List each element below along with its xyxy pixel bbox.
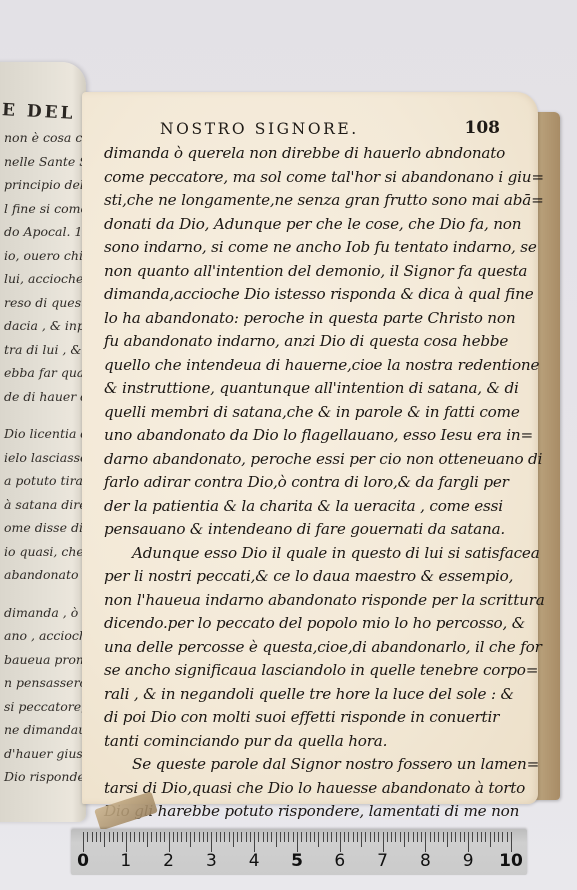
ruler-label: 8 xyxy=(420,851,431,871)
ruler-tick xyxy=(203,832,204,842)
ruler-tick xyxy=(177,832,178,842)
left-text-line: Dio rispondendo al xyxy=(4,765,86,789)
ruler-label: 4 xyxy=(249,851,260,871)
text-line: pensauano & intendeano di fare gouernati… xyxy=(104,518,524,542)
ruler-tick xyxy=(430,832,431,842)
left-text-line: a potuto tirar Iesu al xyxy=(4,469,86,493)
left-text-line: tra di lui , & gli buom xyxy=(4,338,86,362)
ruler-tick xyxy=(100,832,101,842)
ruler-tick xyxy=(288,832,289,842)
left-text-line: ome disse di Iob al cap xyxy=(4,516,86,540)
text-line: rali , & in negandoli quelle tre hore la… xyxy=(104,683,524,707)
ruler-tick xyxy=(425,832,426,852)
ruler-tick xyxy=(502,832,503,842)
ruler-label: 0 xyxy=(77,851,89,871)
ruler-tick xyxy=(109,832,110,842)
ruler-tick xyxy=(186,832,187,842)
ruler-tick xyxy=(224,832,225,842)
ruler-tick xyxy=(447,832,448,847)
ruler-tick xyxy=(130,832,131,842)
left-text-line: ebba far quando l'huom xyxy=(4,361,86,385)
ruler-tick xyxy=(306,832,307,842)
text-line: di poi Dio con molti suoi effetti rispon… xyxy=(104,706,524,730)
left-text-line: de di hauer dato cosi à xyxy=(4,385,86,409)
ruler-tick xyxy=(485,832,486,842)
left-text-line: non è cosa che li uergo xyxy=(4,126,86,150)
ruler-tick xyxy=(246,832,247,842)
ruler-tick xyxy=(468,832,469,852)
ruler-tick xyxy=(139,832,140,842)
ruler-tick xyxy=(207,832,208,842)
ruler-tick xyxy=(494,832,495,842)
ruler-label: 1 xyxy=(120,851,131,871)
page-header: NOSTRO SIGNORE. 108 xyxy=(160,120,500,142)
ruler-tick xyxy=(143,832,144,842)
ruler-tick xyxy=(96,832,97,842)
ruler-tick xyxy=(233,832,234,847)
body-text: dimanda ò querela non direbbe di hauerlo… xyxy=(104,142,524,824)
ruler-tick xyxy=(151,832,152,842)
ruler-tick xyxy=(147,832,148,847)
text-line: darno abandonato, peroche essi per cio n… xyxy=(104,448,524,472)
text-line: dimanda ò querela non direbbe di hauerlo… xyxy=(104,142,524,166)
paragraph-gap xyxy=(4,408,86,422)
ruler-tick xyxy=(318,832,319,847)
ruler-label: 2 xyxy=(163,851,174,871)
ruler-tick xyxy=(323,832,324,842)
ruler-tick xyxy=(220,832,221,842)
ruler-tick xyxy=(417,832,418,842)
ruler-tick xyxy=(263,832,264,842)
ruler-label: 3 xyxy=(206,851,217,871)
ruler-tick xyxy=(117,832,118,842)
ruler-tick xyxy=(331,832,332,842)
ruler-tick xyxy=(348,832,349,842)
ruler-tick xyxy=(169,832,170,852)
ruler-tick xyxy=(374,832,375,842)
text-line: non quanto all'intention del demonio, il… xyxy=(104,260,524,284)
left-text-line: ano , acciochè uedendo xyxy=(4,624,86,648)
ruler-tick xyxy=(395,832,396,842)
ruler-tick xyxy=(490,832,491,847)
ruler-tick xyxy=(336,832,337,842)
ruler-tick xyxy=(181,832,182,842)
ruler-tick xyxy=(126,832,127,852)
text-line: quello che intendeua di hauerne,cioe la … xyxy=(104,354,524,378)
ruler-tick xyxy=(297,832,298,852)
page-number: 108 xyxy=(465,118,501,138)
ruler-tick xyxy=(134,832,135,842)
text-line: lo ha abandonato: peroche in questa part… xyxy=(104,307,524,331)
running-title: NOSTRO SIGNORE. xyxy=(160,120,359,138)
text-line: dimanda,accioche Dio istesso risponda & … xyxy=(104,283,524,307)
left-running-title: E DEL xyxy=(2,100,76,124)
ruler-tick xyxy=(293,832,294,842)
text-line: donati da Dio, Adunque per che le cose, … xyxy=(104,213,524,237)
ruler-tick xyxy=(383,832,384,852)
text-line: Dio gli harebbe potuto rispondere, lamen… xyxy=(104,800,524,824)
ruler-tick xyxy=(408,832,409,842)
ruler-tick xyxy=(507,832,508,842)
left-text-line: lui, accioche uedendo fa xyxy=(4,267,86,291)
ruler-tick xyxy=(276,832,277,847)
left-page: E DEL non è cosa che li uergonelle Sante… xyxy=(0,62,86,822)
text-line: uno abandonato da Dio lo flagellauano, e… xyxy=(104,424,524,448)
text-line: quelli membri di satana,che & in parole … xyxy=(104,401,524,425)
ruler-label: 9 xyxy=(463,851,474,871)
ruler-tick xyxy=(365,832,366,842)
ruler-tick xyxy=(87,832,88,842)
text-line: non l'haueua indarno abandonato risponde… xyxy=(104,589,524,613)
left-text-line: ne dimandaua la ragio xyxy=(4,718,86,742)
text-line: & instruttione, quantunque all'intention… xyxy=(104,377,524,401)
right-page: NOSTRO SIGNORE. 108 dimanda ò querela no… xyxy=(82,92,538,804)
ruler-tick xyxy=(267,832,268,842)
left-text-line: principio del Mondo igi xyxy=(4,173,86,197)
ruler-tick xyxy=(211,832,212,852)
ruler-tick xyxy=(92,832,93,842)
ruler-tick xyxy=(477,832,478,842)
ruler-tick xyxy=(434,832,435,842)
left-text-line: reso di questo ò dimand xyxy=(4,291,86,315)
left-text-line: abandonato per lasciar xyxy=(4,563,86,587)
ruler-tick xyxy=(344,832,345,842)
ruler-tick xyxy=(451,832,452,842)
ruler-label: 6 xyxy=(334,851,345,871)
ruler-tick xyxy=(271,832,272,842)
ruler-tick xyxy=(280,832,281,842)
left-text-line: l fine si come egli è Regn xyxy=(4,197,86,221)
ruler-tick xyxy=(455,832,456,842)
ruler-tick xyxy=(229,832,230,842)
book-photograph: E DEL non è cosa che li uergonelle Sante… xyxy=(0,0,577,890)
left-page-text: non è cosa che li uergonelle Sante Scrit… xyxy=(4,126,86,789)
ruler-tick xyxy=(156,832,157,842)
ruler-tick xyxy=(391,832,392,842)
ruler-tick xyxy=(258,832,259,842)
left-text-line: à satana dire, tu mi ba xyxy=(4,493,86,517)
ruler-tick xyxy=(284,832,285,842)
ruler-tick xyxy=(378,832,379,842)
ruler-tick xyxy=(254,832,255,852)
left-text-line: nelle Sante Scritture con xyxy=(4,150,86,174)
text-line: come peccatore, ma sol come tal'hor si a… xyxy=(104,166,524,190)
text-line: per li nostri peccati,& ce lo daua maest… xyxy=(104,565,524,589)
ruler-tick xyxy=(104,832,105,847)
ruler-label: 7 xyxy=(377,851,388,871)
ruler-tick xyxy=(353,832,354,842)
text-line: Se queste parole dal Signor nostro fosse… xyxy=(104,753,524,777)
ruler-tick xyxy=(241,832,242,842)
ruler-tick xyxy=(83,832,84,852)
ruler-tick xyxy=(237,832,238,842)
ruler-label: 5 xyxy=(291,851,303,871)
ruler-tick xyxy=(310,832,311,842)
ruler-tick xyxy=(421,832,422,842)
ruler-tick xyxy=(481,832,482,842)
ruler-tick xyxy=(314,832,315,842)
ruler-tick xyxy=(250,832,251,842)
text-line: dicendo.per lo peccato del popolo mio lo… xyxy=(104,612,524,636)
ruler-tick xyxy=(160,832,161,842)
ruler-tick xyxy=(404,832,405,847)
left-text-line: io, ouero chiedergli ragio xyxy=(4,244,86,268)
ruler-tick xyxy=(113,832,114,842)
left-text-line: si peccatore, & non te xyxy=(4,695,86,719)
left-text-line: dimanda , ò querela xyxy=(4,601,86,625)
text-line: fu abandonato indarno, anzi Dio di quest… xyxy=(104,330,524,354)
ruler-tick xyxy=(370,832,371,842)
ruler-tick xyxy=(438,832,439,842)
left-text-line: ielo lasciasse in mano xyxy=(4,446,86,470)
text-line: sono indarno, si come ne ancho Iob fu te… xyxy=(104,236,524,260)
text-line: una delle percosse è questa,cioe,di aban… xyxy=(104,636,524,660)
ruler-tick xyxy=(216,832,217,842)
ruler-tick xyxy=(361,832,362,847)
scale-ruler: 012345678910 xyxy=(71,829,527,875)
ruler-tick xyxy=(443,832,444,842)
ruler-tick xyxy=(511,832,512,852)
ruler-tick xyxy=(340,832,341,852)
ruler-tick xyxy=(301,832,302,842)
ruler-tick xyxy=(173,832,174,842)
left-text-line: do Apocal. 13 doue tro xyxy=(4,220,86,244)
ruler-tick xyxy=(194,832,195,842)
ruler-tick xyxy=(122,832,123,842)
ruler-tick xyxy=(190,832,191,847)
left-text-line: dacia , & inpudentia fa xyxy=(4,314,86,338)
text-line: tanti cominciando pur da quella hora. xyxy=(104,730,524,754)
left-text-line: n pensassero chi egli xyxy=(4,671,86,695)
left-text-line: baueua promesso di gli xyxy=(4,648,86,672)
ruler-tick xyxy=(413,832,414,842)
ruler-label: 10 xyxy=(499,851,523,871)
left-text-line: d'hauer giustitia da xyxy=(4,742,86,766)
ruler-tick xyxy=(164,832,165,842)
text-line: sti,che ne longamente,ne senza gran frut… xyxy=(104,189,524,213)
ruler-tick xyxy=(460,832,461,842)
text-line: farlo adirar contra Dio,ò contra di loro… xyxy=(104,471,524,495)
ruler-tick xyxy=(472,832,473,842)
text-line: tarsi di Dio,quasi che Dio lo hauesse ab… xyxy=(104,777,524,801)
ruler-tick xyxy=(387,832,388,842)
text-line: se ancho significaua lasciandolo in quel… xyxy=(104,659,524,683)
text-line: der la patientia & la charita & la uerac… xyxy=(104,495,524,519)
paragraph-gap xyxy=(4,587,86,601)
ruler-tick xyxy=(400,832,401,842)
left-text-line: io quasi, che mi fusse xyxy=(4,540,86,564)
ruler-tick xyxy=(464,832,465,842)
left-text-line: Dio licentia di tentarlo xyxy=(4,422,86,446)
text-line: Adunque esso Dio il quale in questo di l… xyxy=(104,542,524,566)
ruler-tick xyxy=(498,832,499,842)
ruler-tick xyxy=(327,832,328,842)
ruler-tick xyxy=(357,832,358,842)
ruler-tick xyxy=(199,832,200,842)
